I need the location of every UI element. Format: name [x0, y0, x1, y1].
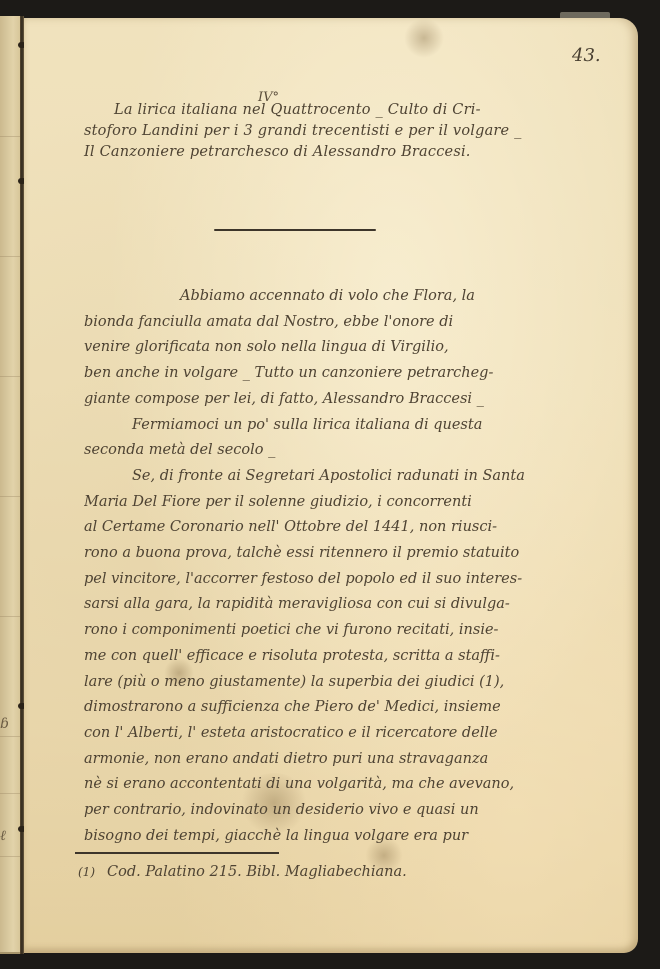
text-line: pel vincitore, l'accorrer festoso del po… — [84, 567, 554, 593]
text-line: al Certame Coronario nell' Ottobre del 1… — [84, 515, 554, 541]
text-line: lare (più o meno giustamente) la superbi… — [84, 670, 554, 696]
section-divider — [214, 229, 376, 231]
text-line: me con quell' efficace e risoluta protes… — [84, 644, 554, 670]
text-line: Maria Del Fiore per il solenne giudizio,… — [84, 490, 554, 516]
text-line: rono a buona prova, talchè essi ritenner… — [84, 541, 554, 567]
text-line: armonie, non erano andati dietro puri un… — [84, 747, 554, 773]
text-line: Fermiamoci un po' sulla lirica italiana … — [84, 413, 554, 439]
facing-page-ink-mark: ℓ — [0, 828, 6, 845]
text-line: con l' Alberti, l' esteta aristocratico … — [84, 721, 554, 747]
facing-page-edge: ɓ ℓ — [0, 16, 22, 954]
page-number: 43. — [572, 45, 601, 66]
text-line: seconda metà del secolo _ — [84, 438, 554, 464]
text-line: bisogno dei tempi, giacchè la lingua vol… — [84, 824, 554, 850]
heading-line: stoforo Landini per i 3 grandi trecentis… — [84, 121, 554, 142]
text-line: Se, di fronte ai Segretari Apostolici ra… — [84, 464, 554, 490]
heading-line: La lirica italiana nel Quattrocento _ Cu… — [84, 100, 554, 121]
text-line: dimostrarono a sufficienza che Piero de'… — [84, 695, 554, 721]
text-line: venire glorificata non solo nella lingua… — [84, 335, 554, 361]
text-line: giante compose per lei, di fatto, Alessa… — [84, 387, 554, 413]
body-text: Abbiamo accennato di volo che Flora, la … — [84, 284, 554, 849]
facing-page-ink-mark: ɓ — [0, 716, 9, 732]
text-line: Abbiamo accennato di volo che Flora, la — [84, 284, 554, 310]
paper-stain — [404, 18, 444, 58]
heading-line: Il Canzoniere petrarchesco di Alessandro… — [84, 142, 554, 163]
footnote-text: Cod. Palatino 215. Bibl. Magliabechiana. — [107, 864, 407, 880]
footnote-divider — [75, 852, 279, 854]
footnote: (1)Cod. Palatino 215. Bibl. Magliabechia… — [78, 864, 407, 880]
text-line: per contrario, indovinato un desiderio v… — [84, 798, 554, 824]
text-line: ben anche in volgare _ Tutto un canzonie… — [84, 361, 554, 387]
chapter-heading: La lirica italiana nel Quattrocento _ Cu… — [84, 100, 554, 163]
text-line: rono i componimenti poetici che vi furon… — [84, 618, 554, 644]
text-line: nè si erano accontentati di una volgarit… — [84, 772, 554, 798]
text-line: sarsi alla gara, la rapidità meraviglios… — [84, 592, 554, 618]
footnote-marker: (1) — [78, 865, 95, 879]
text-line: bionda fanciulla amata dal Nostro, ebbe … — [84, 310, 554, 336]
